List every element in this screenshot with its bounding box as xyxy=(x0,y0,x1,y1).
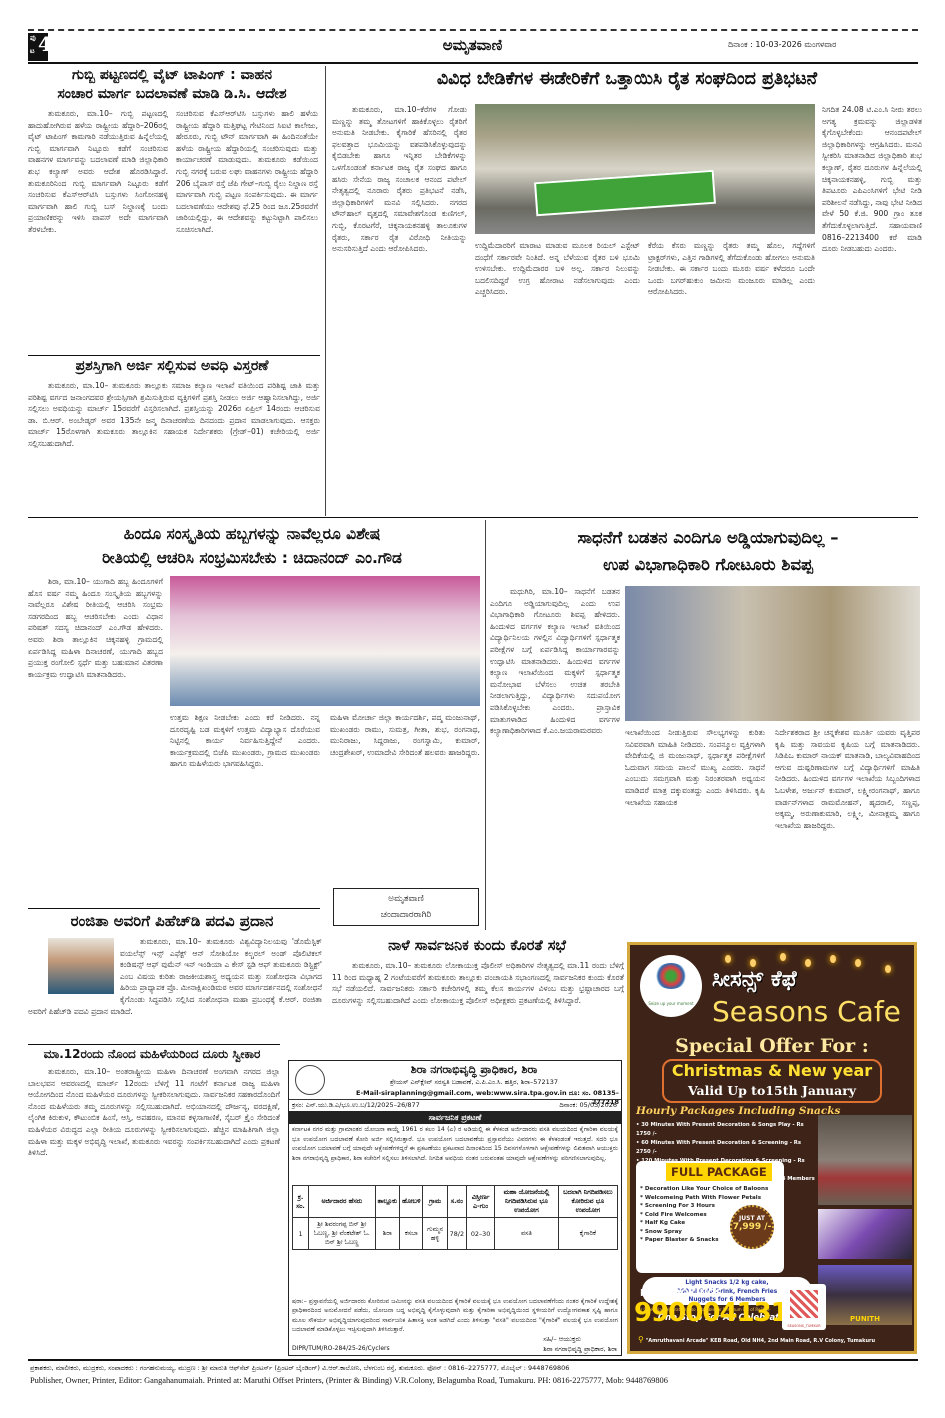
notice-banner: ಸಾರ್ವಜನಿಕ ಪ್ರಕಟಣೆ xyxy=(289,1111,621,1124)
scholarship-headline: ಪ್ರಶಸ್ತಿಗಾಗಿ ಅರ್ಜಿ ಸಲ್ಲಿಸುವ ಅವಧಿ ವಿಸ್ತರಣ… xyxy=(22,358,322,374)
scholarship-body: ತುಮಕೂರು, ಮಾ.10– ತುಮಕೂರು ತಾಲ್ಲೂಕು ಸಮಾಜ ಕಲ… xyxy=(28,380,320,510)
hindu-body-col2: ಉತ್ತಮ ಶಿಕ್ಷಣ ನೀಡಬೇಕು ಎಂದು ಕರೆ ನೀಡಿದರು. ನ… xyxy=(170,712,320,908)
emblem-icon xyxy=(295,1065,325,1095)
footer-kannada: ಪ್ರಕಾಶಕರು, ಮಾಲೀಕರು, ಮುದ್ರಕರು, ಸಂಪಾದಕರು :… xyxy=(30,1364,920,1373)
hindu-headline: ಹಿಂದೂ ಸಂಸ್ಕೃತಿಯ ಹಬ್ಬಗಳನ್ನು ನಾವೆಲ್ಲರೂ ವಿಶ… xyxy=(22,522,482,570)
ad-name-kannada: ಸೀಸನ್ಸ್ ಕೆಫೆ xyxy=(712,967,797,992)
farmers-body-col2: ಉದ್ದಿಮೆದಾರರಿಗೆ ಮಾರಾಟ ಮಾಡುವ ಮೂಲಕ ರಿಯಲ್ ಎಸ… xyxy=(475,240,640,516)
notice-table-wrap: ಕ್ರ. ಸಂ. ಅರ್ಜಿದಾರರ ಹೆಸರು ತಾಲ್ಲೂಕು ಹೋಬಳಿ … xyxy=(292,1185,618,1250)
gubbi-body-col1: ತುಮಕೂರು, ಮಾ.10– ಗುಬ್ಬಿ ಪಟ್ಟಣದಲ್ಲಿ ಹಾದುಹೋ… xyxy=(28,108,168,352)
punith-decor-photo: PUNITH xyxy=(818,1265,912,1325)
ad-validity: Valid Up to15th January xyxy=(630,1083,914,1098)
ranjitha-body: ತುಮಕೂರು, ಮಾ.10– ತುಮಕೂರು ವಿಶ್ವವಿದ್ಯಾನಿಲಯವ… xyxy=(28,936,322,1030)
column-divider xyxy=(325,66,326,516)
gubbi-headline: ಗುಬ್ಬಿ ಪಟ್ಟಣದಲ್ಲಿ ವೈಟ್ ಟಾಪಿಂಗ್ : ವಾಹನ ಸಂ… xyxy=(22,66,322,104)
cafe-interior-photo xyxy=(818,1115,912,1205)
table-row: 1 ಶ್ರೀ ಶಿವರಂಗಪ್ಪ ಬಿನ್ ಶ್ರೀ ಓಬಣ್ಣ, ಶ್ರೀ ವ… xyxy=(293,1218,618,1250)
ad-packages-title: Hourly Packages Including Snacks xyxy=(636,1105,840,1117)
sadhane-body-col3: ನಿರ್ದೇಶಕರಾದ ಶ್ರೀ ಚನ್ನಕೇಶವ ಮೂರ್ತಿ ಯವರು ವೃ… xyxy=(775,727,920,932)
package-item: • 30 Minutes With Present Decoration & S… xyxy=(636,1121,816,1139)
divider xyxy=(28,355,320,356)
location-pin-icon: ⚲ xyxy=(638,1335,644,1344)
date-line: ದಿನಾಂಕ : 10-03-2026 ಮಂಗಳವಾರ xyxy=(728,40,836,50)
footer-rule xyxy=(28,1359,918,1361)
farmers-body-col4: ನಿಗದಿತ 24.08 ಟಿ.ಎಂ.ಸಿ ನೀರು ತರಲು ಅಗತ್ಯ ಕ್… xyxy=(822,104,922,516)
gubbi-body-col2: ಸಂಚರಿಸುವ ಕೆಎಸ್‌ಆರ್‌ಟಿಸಿ ಬಸ್ಸುಗಳು ಹಾಲಿ ಹಳ… xyxy=(176,108,318,352)
notice-signature-2: ಶಿರಾ ನಗರಾಭಿವೃದ್ಧಿ ಪ್ರಾಧಿಕಾರ, ಶಿರಾ xyxy=(543,1345,617,1354)
notice-table: ಕ್ರ. ಸಂ. ಅರ್ಜಿದಾರರ ಹೆಸರು ತಾಲ್ಲೂಕು ಹೋಬಳಿ … xyxy=(292,1185,618,1250)
cafe-logo: Seize up your moment xyxy=(640,955,702,1017)
ranjitha-headline: ರಂಜಿತಾ ಅವರಿಗೆ ಪಿಹೆಚ್‌ಡಿ ಪದವಿ ಪ್ರದಾನ xyxy=(22,912,322,930)
notice-org-title: ಶಿರಾ ನಗರಾಭಿವೃದ್ಧಿ ಪ್ರಾಧಿಕಾರ, ಶಿರಾ xyxy=(329,1063,619,1077)
divider xyxy=(28,517,918,518)
full-package-title: FULL PACKAGE xyxy=(666,1163,772,1181)
protest-banner xyxy=(534,170,716,216)
sadhane-headline: ಸಾಧನೆಗೆ ಬಡತನ ಎಂದಿಗೂ ಅಡ್ಡಿಯಾಗುವುದಿಲ್ಲ – ಉ… xyxy=(488,524,928,578)
hindu-event-photo xyxy=(170,576,480,706)
ad-phone[interactable]: 9900041312 xyxy=(634,1298,805,1328)
balloon-decor-photo xyxy=(818,1209,912,1259)
footer-english: Publisher, Owner, Printer, Editor: Ganga… xyxy=(30,1376,920,1385)
package-item: • 60 Minutes With Present Decoration & S… xyxy=(636,1139,816,1157)
tree-icon xyxy=(654,963,688,989)
notice-address: ಶ್ರೇಯಸ್ ಎನ್‌ಕ್ಲೇವ್ ಸರಸ್ವತಿ ಬಡಾವಣೆ, ಎ.ಪಿ.… xyxy=(329,1078,619,1087)
farmers-protest-photo xyxy=(475,104,815,234)
notice-dipr-code: DIPR/TUM/RO-284/25-26/Cyclers xyxy=(292,1345,390,1352)
subscription-box: ಅಮೃತವಾಣಿ ಚಂದಾದಾರರಾಗಿರಿ xyxy=(333,888,479,926)
farmers-body-col1: ತುಮಕೂರು, ಮಾ.10–ಕೆರೆಗಳ ಗೋಡು ಮಣ್ಣನ್ನು ತಮ್ಮ… xyxy=(332,104,467,516)
notice-signature-1: ಸಹಿ/– ಆಯುಕ್ತರು xyxy=(543,1335,581,1344)
sira-public-notice: ಶಿರಾ ನಗರಾಭಿವೃದ್ಧಿ ಪ್ರಾಧಿಕಾರ, ಶಿರಾ ಶ್ರೇಯಸ… xyxy=(288,1060,622,1356)
kundu-body: ತುಮಕೂರು, ಮಾ.10– ತುಮಕೂರು ಲೋಕಾಯುಕ್ತ ಪೊಲೀಸ್… xyxy=(332,960,624,1044)
divider xyxy=(28,1044,280,1045)
notice-ref-no: ಕ್ರಸಂ: ಎನ್.ಯು.ಡಿ.ಎ/ಭೂ.ಉ.ಬ/12/2025–26/877 xyxy=(292,1101,420,1110)
farmers-body-col3: ಕೆರೆಯ ಕೆಸರು ಮಣ್ಣನ್ನು ರೈತರು ತಮ್ಮ ಹೊಲ, ಗದ್… xyxy=(648,240,815,516)
women-complaint-headline: ಮಾ.12ರಂದು ನೊಂದ ಮಹಿಳೆಯರಿಂದ ದೂರು ಸ್ವೀಕಾರ xyxy=(22,1047,282,1062)
hindu-body-col3: ಮಹಿಳಾ ಮೋರ್ಚಾ ಜಿಲ್ಲಾ ಕಾರ್ಯದರ್ಶಿ, ಪದ್ಮ ಮಂಜ… xyxy=(330,712,480,870)
women-complaint-body: ತುಮಕೂರು, ಮಾ.10– ಅಂತರಾಷ್ಟ್ರೀಯ ಮಹಿಳಾ ದಿನಾಚ… xyxy=(28,1066,280,1354)
ad-address: ⚲ "Amruthavani Arcade" KEB Road, Old NH4… xyxy=(638,1335,908,1344)
ad-occasion: Christmas & New year xyxy=(630,1061,914,1080)
price-badge: JUST AT 7,999 /- xyxy=(730,1205,774,1249)
notice-intro: ಕರ್ನಾಟಕ ನಗರ ಮತ್ತು ಗ್ರಾಮಾಂತರ ಯೋಜನಾ ಕಾಯ್ದೆ… xyxy=(292,1125,618,1183)
hindu-body-col1: ಶಿರಾ, ಮಾ.10– ಯುಗಾದಿ ಹಬ್ಬ ಹಿಂದೂಗಳಿಗೆ ಹೊಸ … xyxy=(28,576,163,906)
ad-name-english: Seasons Cafe xyxy=(712,995,901,1028)
kundu-headline: ನಾಳೆ ಸಾರ್ವಜನಿಕ ಕುಂದು ಕೊರತೆ ಸಭೆ xyxy=(332,938,622,954)
notice-footnote: ಷರಾ:– ಪ್ರಸ್ತಾವನೆಯಲ್ಲಿ ಅರ್ಜಿದಾರರು ಕೋರಿರುವ… xyxy=(292,1297,618,1335)
column-divider xyxy=(485,520,486,930)
divider xyxy=(28,908,320,909)
masthead-dashed-rule xyxy=(28,29,918,31)
qr-code-icon[interactable]: SEASONS_TUMKUR xyxy=(782,1284,826,1330)
sadhane-event-photo xyxy=(625,586,920,721)
sadhane-body-col2: ಇಲಾಖೆಯಿಂದ ನೀಡುತ್ತಿರುವ ಸೌಲಭ್ಯಗಳನ್ನು ಕುರಿತ… xyxy=(625,727,765,932)
masthead-rule xyxy=(28,62,918,64)
notice-date: ದಿನಾಂಕ: 05/03/2026 xyxy=(559,1101,617,1110)
ad-special-offer: Special Offer For : xyxy=(630,1035,914,1057)
farmers-headline: ವಿವಿಧ ಬೇಡಿಕೆಗಳ ಈಡೇರಿಕೆಗೆ ಒತ್ತಾಯಿಸಿ ರೈತ ಸ… xyxy=(332,66,922,92)
sadhane-body-col1: ಮಧುಗಿರಿ, ಮಾ.10– ಸಾಧನೆಗೆ ಬಡತನ ಎಂದಿಗೂ ಅಡ್ಡ… xyxy=(490,586,620,932)
